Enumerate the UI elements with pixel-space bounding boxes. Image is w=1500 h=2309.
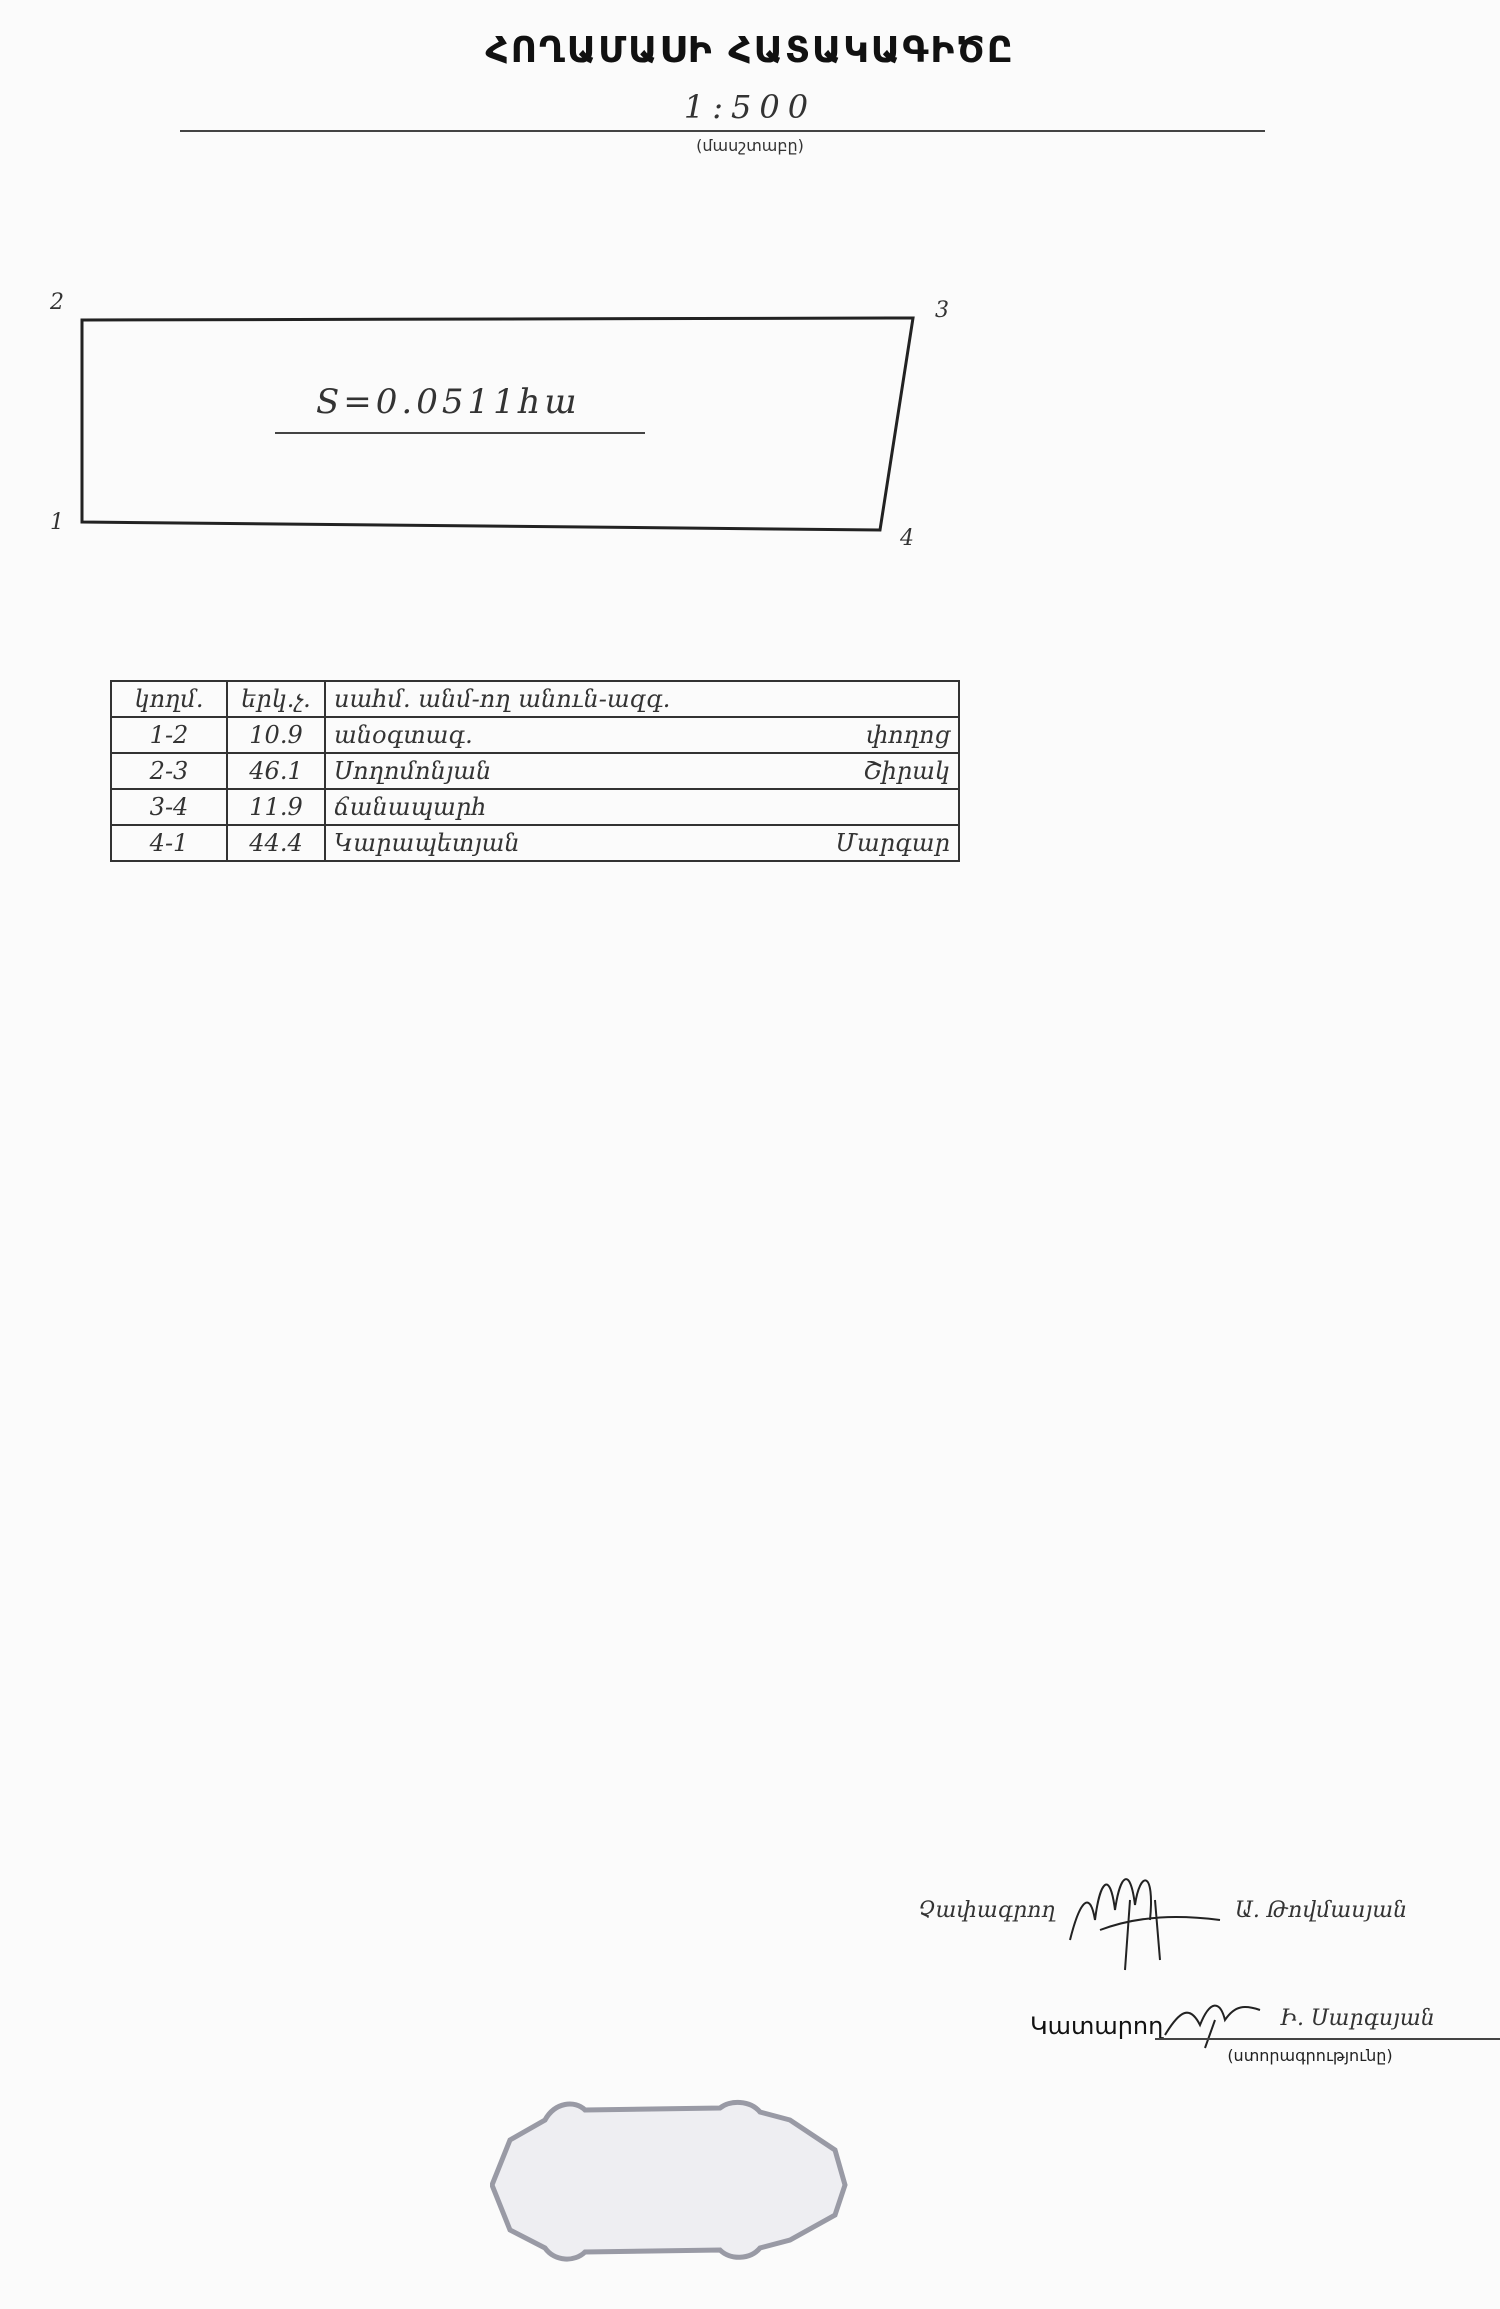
header-length: երկ.չ. [227, 681, 325, 717]
vertex-label-4: 4 [900, 526, 914, 551]
vertex-label-1: 1 [50, 510, 64, 535]
executor-label: Կատարող [1030, 2012, 1163, 2040]
cell-neighbor: անօգտագ.փողոց [325, 717, 959, 753]
table-header-row: կողմ. երկ.չ. սահմ. անմ-ող անուն-ազգ. [111, 681, 959, 717]
stamp-frame [490, 2090, 850, 2270]
cell-neighbor: ճանապարհ [325, 789, 959, 825]
neighbor-name: անօգտագ. [334, 721, 473, 749]
table-row: 4-1 44.4 ԿարապետյանՄարգար [111, 825, 959, 861]
approver-signature [1060, 1860, 1230, 1980]
scale-caption: (մասշտաբը) [0, 136, 1500, 155]
approver-label: Չափագրող [918, 1898, 1055, 1923]
cell-side: 2-3 [111, 753, 227, 789]
neighbor-extra: Շիրակ [863, 757, 950, 785]
neighbor-name: Կարապետյան [334, 829, 520, 857]
table-row: 2-3 46.1 ՍողոմոնյանՇիրակ [111, 753, 959, 789]
executor-signature-line [1155, 2038, 1500, 2040]
boundary-table: կողմ. երկ.չ. սահմ. անմ-ող անուն-ազգ. 1-2… [110, 680, 960, 862]
document-title: ՀՈՂԱՄԱՍԻ ՀԱՏԱԿԱԳԻԾԸ [0, 30, 1500, 71]
cell-side: 4-1 [111, 825, 227, 861]
approver-name: Ա. Թովմասյան [1235, 1898, 1407, 1923]
executor-caption: (ստորագրությունը) [1160, 2046, 1460, 2065]
title-rule [180, 130, 1265, 132]
cell-neighbor: ԿարապետյանՄարգար [325, 825, 959, 861]
cell-neighbor: ՍողոմոնյանՇիրակ [325, 753, 959, 789]
plot-area: S=0.0511հա [316, 382, 581, 422]
header-side: կողմ. [111, 681, 227, 717]
cell-length: 44.4 [227, 825, 325, 861]
executor-name: Ի. Սարգսյան [1280, 2006, 1435, 2031]
header-neighbor: սահմ. անմ-ող անուն-ազգ. [325, 681, 959, 717]
cell-length: 11.9 [227, 789, 325, 825]
neighbor-extra: փողոց [866, 721, 950, 749]
scale-value: 1:500 [0, 88, 1500, 126]
neighbor-name: ճանապարհ [334, 793, 487, 821]
cell-length: 46.1 [227, 753, 325, 789]
plot-outline [0, 280, 1000, 570]
vertex-label-3: 3 [935, 298, 949, 323]
executor-signature [1160, 1990, 1270, 2050]
table-row: 3-4 11.9 ճանապարհ [111, 789, 959, 825]
table-row: 1-2 10.9 անօգտագ.փողոց [111, 717, 959, 753]
cell-side: 3-4 [111, 789, 227, 825]
cell-side: 1-2 [111, 717, 227, 753]
vertex-label-2: 2 [50, 290, 64, 315]
neighbor-name: Սողոմոնյան [334, 757, 491, 785]
area-underline [275, 432, 645, 434]
cell-length: 10.9 [227, 717, 325, 753]
neighbor-extra: Մարգար [835, 829, 950, 857]
